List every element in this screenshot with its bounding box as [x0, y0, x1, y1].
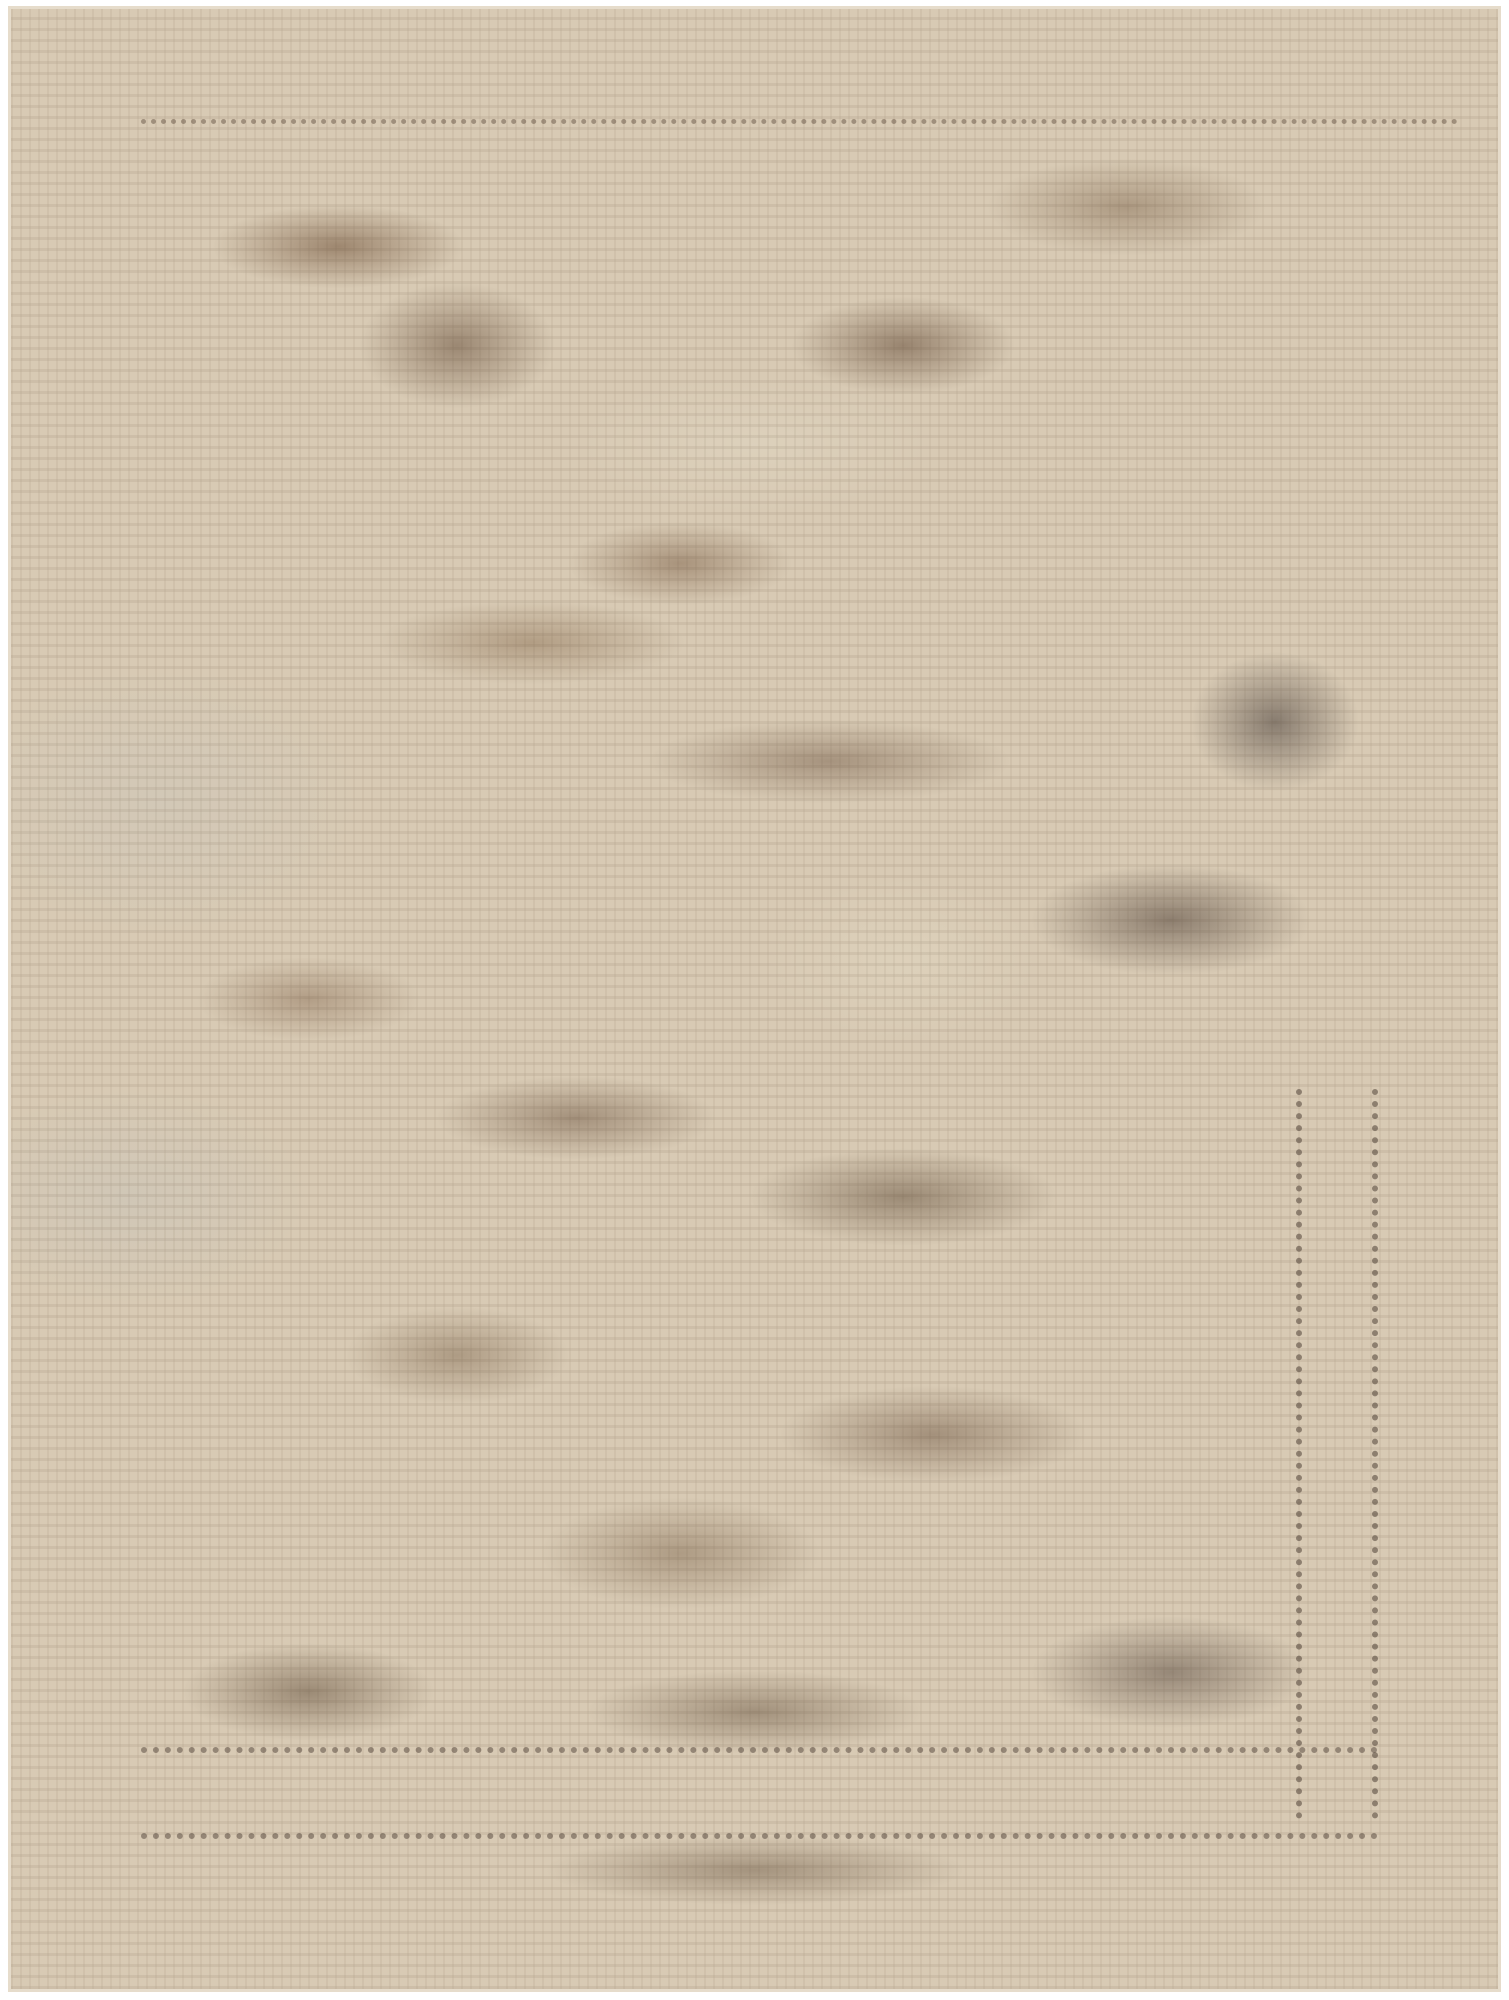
- rug-texture: [11, 9, 1498, 1989]
- rug-bottom-border-pattern: [141, 1747, 1378, 1839]
- rug-top-border-pattern: [141, 119, 1458, 144]
- rug-photo: [8, 6, 1501, 1992]
- rug-right-border-pattern: [1296, 1089, 1378, 1819]
